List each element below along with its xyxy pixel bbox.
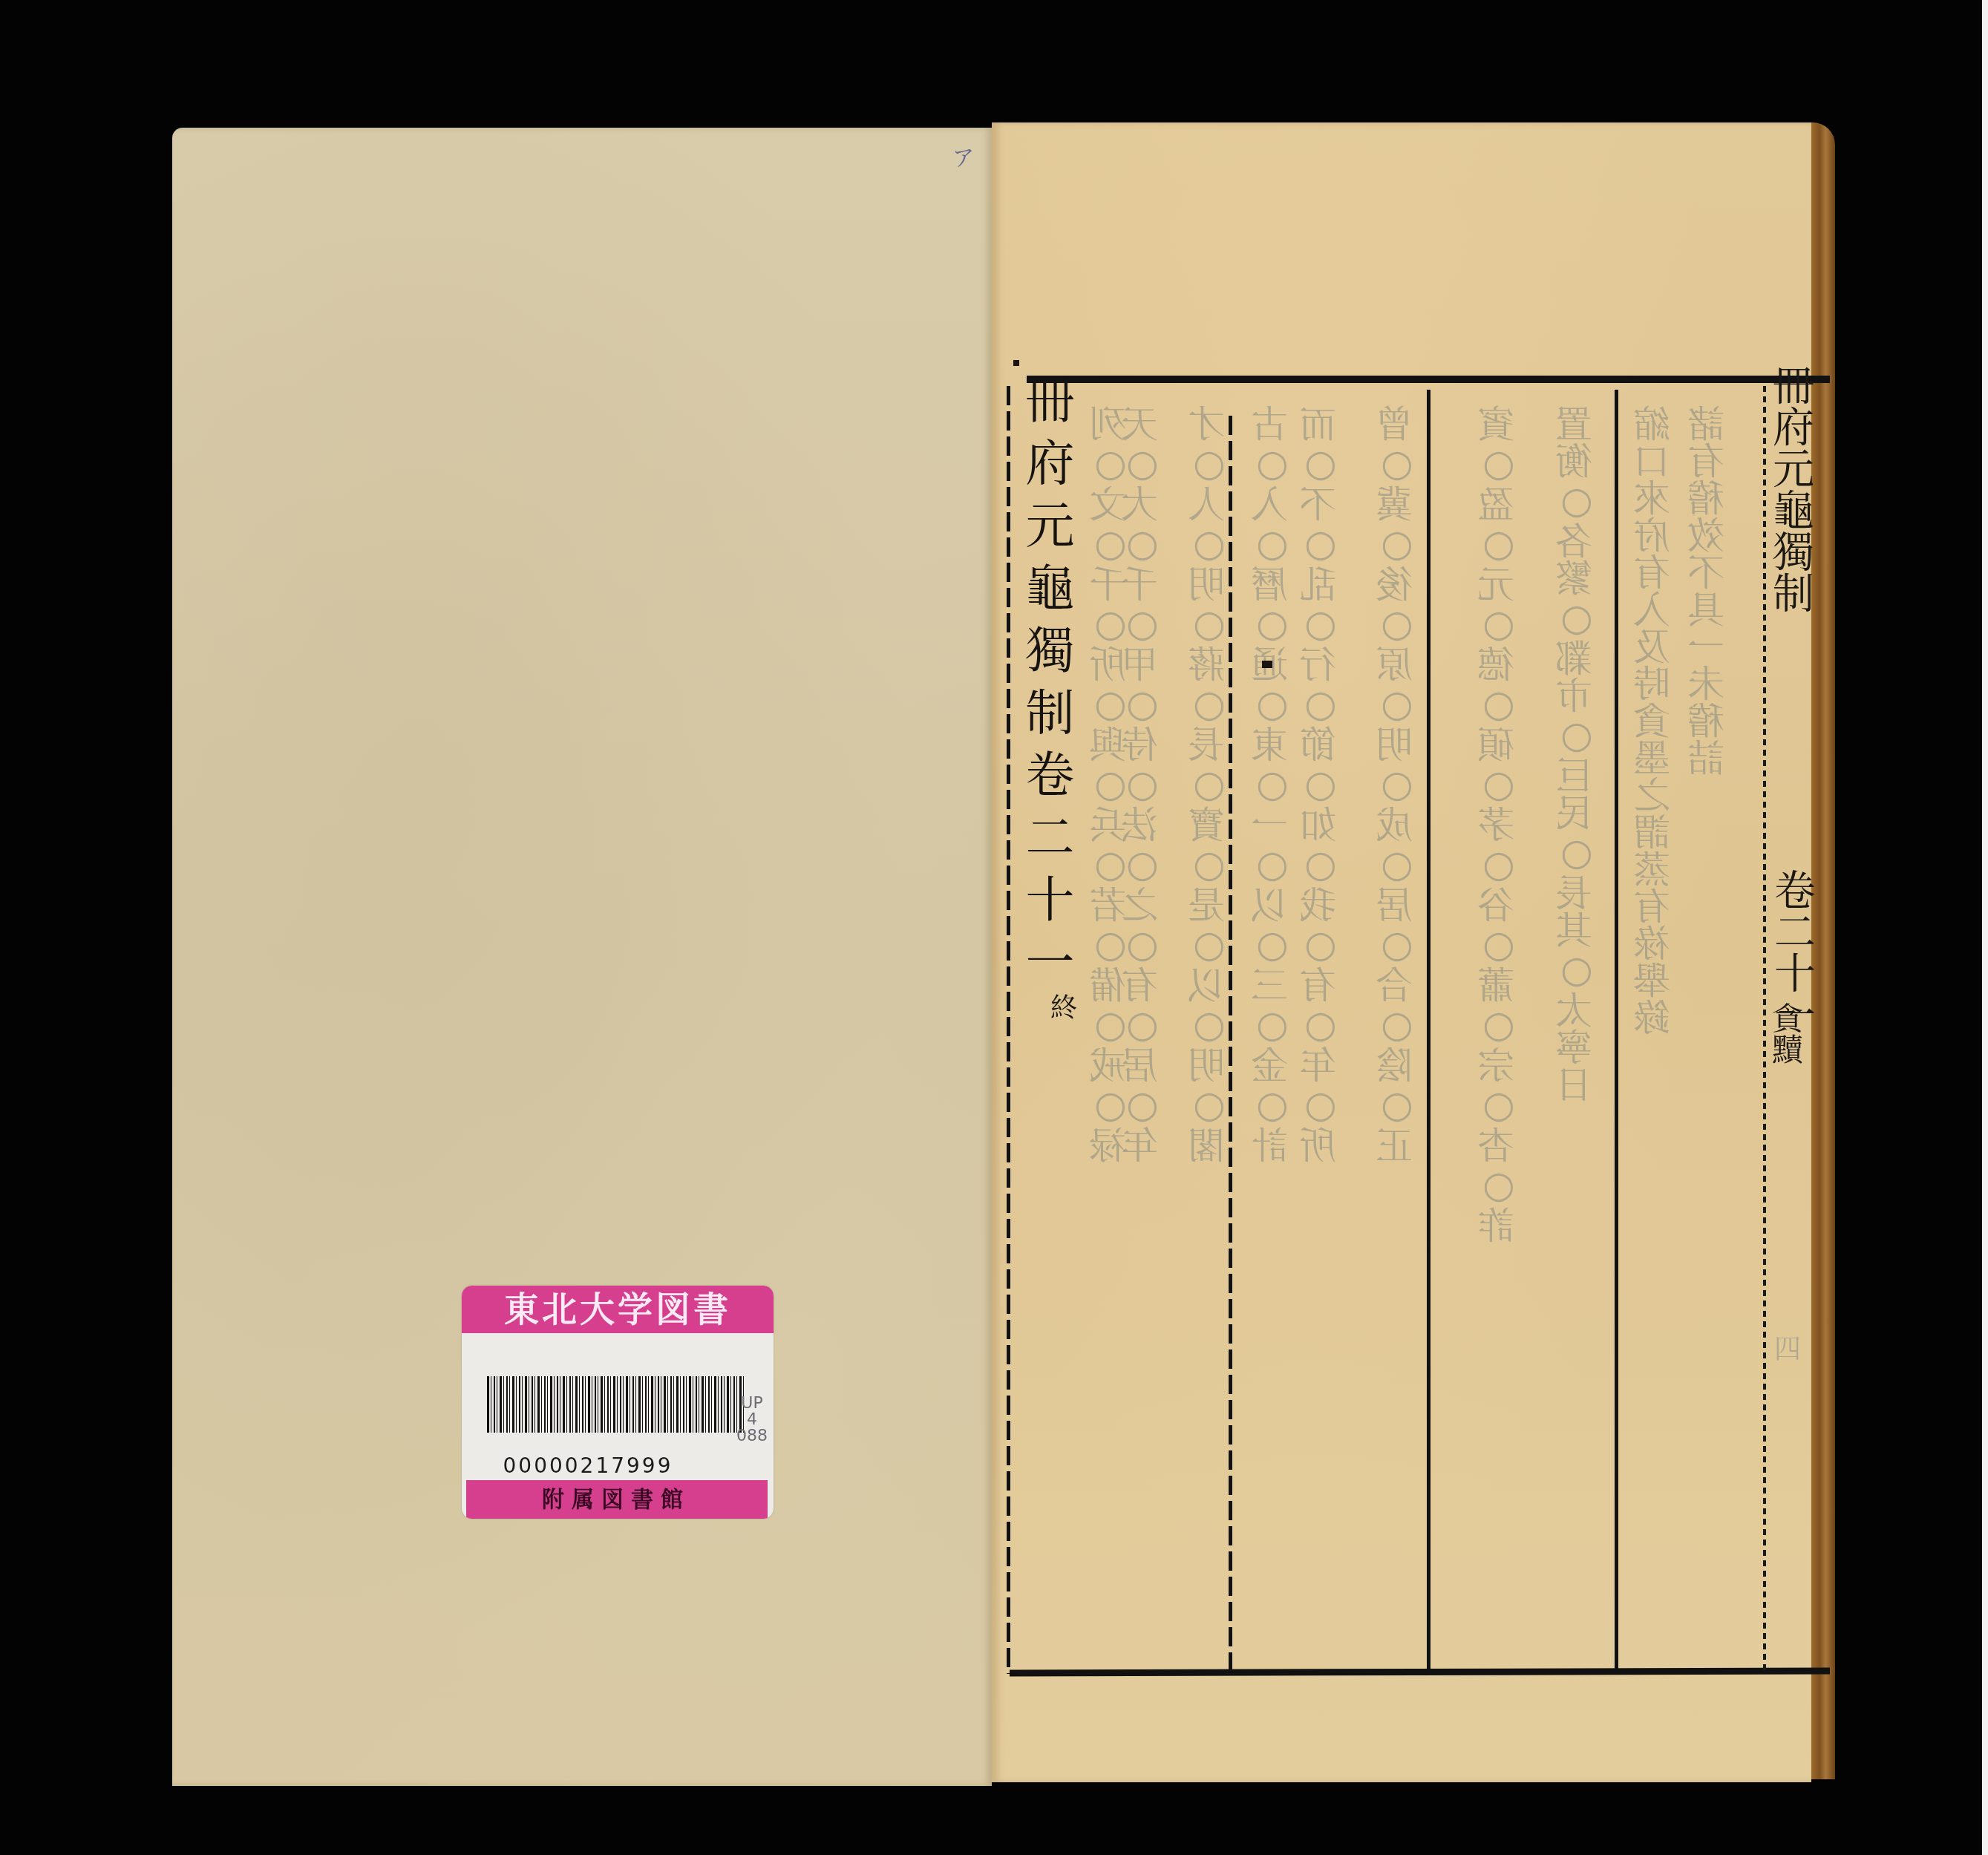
label-header: 東北大学図書 — [462, 1286, 774, 1333]
column-divider — [1427, 390, 1430, 1670]
bleed-through-column: 古○入○曆○通○東○一○以○三○金○計 — [1247, 405, 1293, 1666]
bleed-through-column: 列○文○千○所○與○兵○若○備○戒○禄 — [1085, 405, 1131, 1666]
bleed-through-column: 才○人○明○蔣○長○寶○是○以○明○閣 — [1184, 405, 1230, 1666]
volume-title-column: 冊府元龜獨制卷二十一 — [1024, 375, 1078, 998]
bleed-through-column: 曾○冀○後○原○明○成○居○合○陰○正 — [1372, 405, 1418, 1666]
barcode-icon — [487, 1376, 744, 1433]
call-number-line: 4 — [733, 1412, 771, 1428]
header-book-title: 冊府元龜獨制 — [1773, 364, 1814, 613]
ink-speck — [1262, 661, 1272, 668]
frame-left-border — [1007, 386, 1010, 1674]
bleed-through-column: 諸有稽效不具一未稽詰 — [1684, 405, 1730, 1666]
frame-top-border — [1027, 376, 1830, 383]
bleed-through-column: 而○不○乱○行○節○如○我○有○年○所 — [1295, 405, 1341, 1666]
column-divider — [1615, 390, 1618, 1670]
page-number-ghost: 四 — [1774, 1329, 1801, 1367]
column-divider — [1229, 416, 1232, 1670]
header-section: 貪黷 — [1765, 1002, 1804, 1064]
image-edge-strip — [1982, 0, 1988, 1855]
library-barcode-label: 東北大学図書 00000217999 附属図書館 — [462, 1286, 774, 1519]
call-number-line: UP — [733, 1396, 771, 1412]
left-page-cover — [172, 128, 992, 1786]
bleed-through-column: 縮口來府有入及時貪墨之謂蒸有祿舉錄 — [1629, 405, 1675, 1666]
bleed-through-column: 置衡○各繁○鄴市○巨民○長其○太寧日 — [1552, 405, 1598, 1666]
label-footer: 附属図書館 — [466, 1480, 768, 1519]
ink-speck — [1013, 360, 1019, 366]
pencil-mark: ア — [951, 139, 976, 174]
bleed-through-column: 賓○盈○元○德○碩○茅○谷○蕭○宗○杏○詐 — [1474, 405, 1520, 1666]
barcode-number: 00000217999 — [462, 1453, 714, 1478]
handwritten-call-number: UP 4 088 — [733, 1396, 771, 1445]
call-number-line: 088 — [733, 1428, 771, 1445]
volume-end-mark: 終 — [1050, 987, 1077, 1025]
